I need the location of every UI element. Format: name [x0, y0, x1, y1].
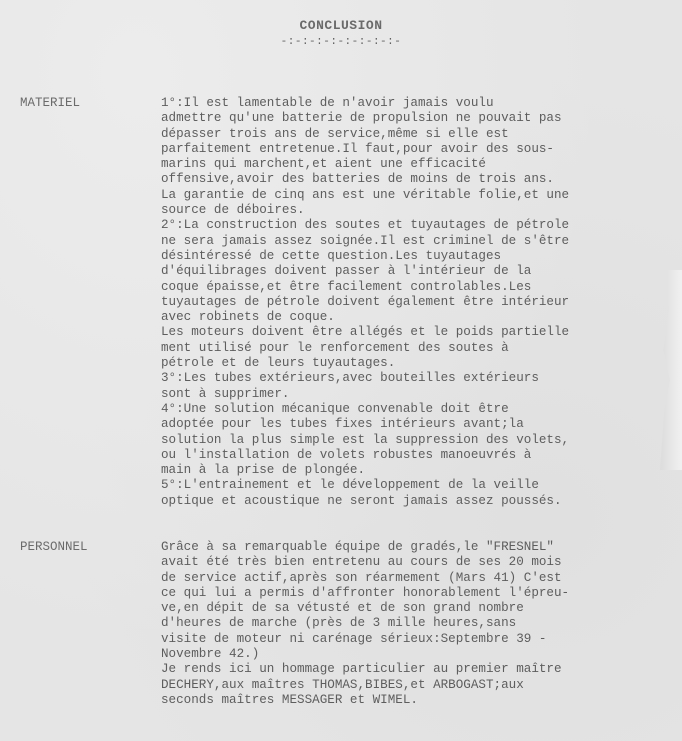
text-line: pétrole et de leurs tuyautages. — [161, 356, 681, 371]
text-line: d'heures de marche (près de 3 mille heur… — [161, 616, 681, 631]
text-line: désintéressé de cette question.Les tuyau… — [161, 249, 681, 264]
text-line: Grâce à sa remarquable équipe de gradés,… — [161, 540, 681, 555]
text-line: parfaitement entretenue.Il faut,pour avo… — [161, 142, 681, 157]
text-line: main à la prise de plongée. — [161, 463, 681, 478]
text-line: seconds maîtres MESSAGER et WIMEL. — [161, 693, 681, 708]
text-line: avec robinets de coque. — [161, 310, 681, 325]
text-line: marins qui marchent,et aient une efficac… — [161, 157, 681, 172]
document-title: CONCLUSION — [0, 18, 682, 33]
text-line: Je rends ici un hommage particulier au p… — [161, 662, 681, 677]
text-line: ou l'installation de volets robustes man… — [161, 448, 681, 463]
text-line: 5°:L'entrainement et le développement de… — [161, 478, 681, 493]
text-line: ce qui lui a permis d'affronter honorabl… — [161, 586, 681, 601]
text-line: 4°:Une solution mécanique convenable doi… — [161, 402, 681, 417]
text-line: tuyautages de pétrole doivent également … — [161, 295, 681, 310]
text-line: optique et acoustique ne seront jamais a… — [161, 494, 681, 509]
text-line: ment utilisé pour le renforcement des so… — [161, 341, 681, 356]
text-line: 2°:La construction des soutes et tuyauta… — [161, 218, 681, 233]
text-line: dépasser trois ans de service,même si el… — [161, 127, 681, 142]
text-line: sont à supprimer. — [161, 387, 681, 402]
text-line: d'équilibrages doivent passer à l'intéri… — [161, 264, 681, 279]
text-line: avait été très bien entretenu au cours d… — [161, 555, 681, 570]
text-line: DECHERY,aux maîtres THOMAS,BIBES,et ARBO… — [161, 678, 681, 693]
text-line: ve,en dépit de sa vétusté et de son gran… — [161, 601, 681, 616]
text-line: de service actif,après son réarmement (M… — [161, 571, 681, 586]
text-line: ne sera jamais assez soignée.Il est crim… — [161, 234, 681, 249]
text-line: solution la plus simple est la suppressi… — [161, 433, 681, 448]
title-underline: -:-:-:-:-:-:-:-:- — [0, 36, 682, 48]
section-body: 1°:Il est lamentable de n'avoir jamais v… — [161, 96, 681, 509]
text-line: offensive,avoir des batteries de moins d… — [161, 172, 681, 187]
text-line: source de déboires. — [161, 203, 681, 218]
text-line: coque épaisse,et être facilement control… — [161, 280, 681, 295]
section-body: Grâce à sa remarquable équipe de gradés,… — [161, 540, 681, 708]
section-label: MATERIEL — [20, 96, 80, 110]
text-line: Les moteurs doivent être allégés et le p… — [161, 325, 681, 340]
text-line: visite de moteur ni carénage sérieux:Sep… — [161, 632, 681, 647]
text-line: La garantie de cinq ans est une véritabl… — [161, 188, 681, 203]
text-line: adoptée pour les tubes fixes intérieurs … — [161, 417, 681, 432]
text-line: 3°:Les tubes extérieurs,avec bouteilles … — [161, 371, 681, 386]
text-line: admettre qu'une batterie de propulsion n… — [161, 111, 681, 126]
section-label: PERSONNEL — [20, 540, 88, 554]
text-line: Novembre 42.) — [161, 647, 681, 662]
text-line: 1°:Il est lamentable de n'avoir jamais v… — [161, 96, 681, 111]
